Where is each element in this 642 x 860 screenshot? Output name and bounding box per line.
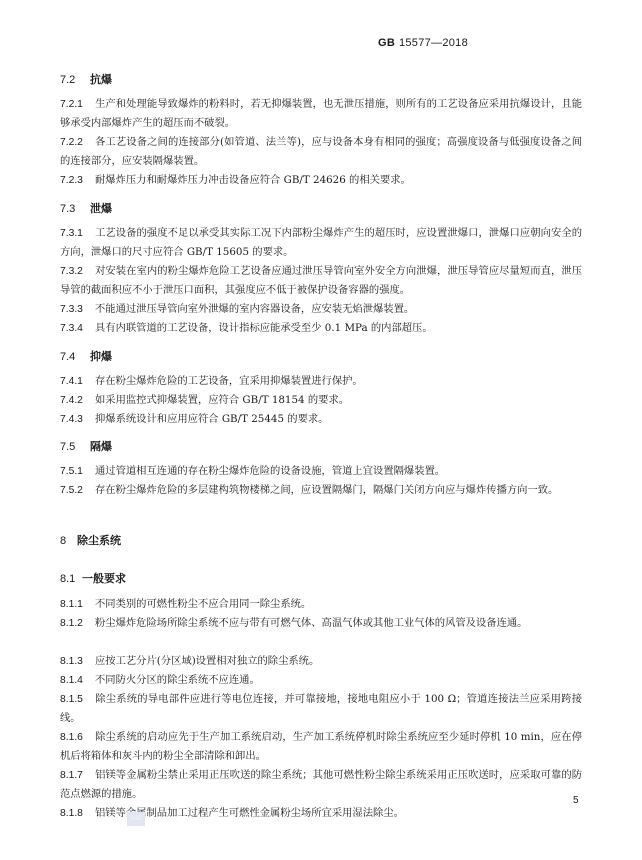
section-title: 除尘系统: [77, 534, 121, 547]
standard-prefix: GB: [378, 37, 395, 49]
clause-text: 粉尘爆炸危险场所除尘系统不应与带有可燃气体、高温气体或其他工业气体的风管及设备连…: [95, 617, 527, 629]
clause-7-5-2: 7.5.2存在粉尘爆炸危险的多层建构筑物楼梯之间，应设置隔爆门，隔爆门关闭方向应…: [60, 481, 582, 500]
clause-number: 8.1.6: [60, 728, 95, 747]
clause-text: 抑爆系统设计和应用应符合 GB/T 25445 的要求。: [95, 413, 328, 425]
standard-number: 15577—2018: [399, 37, 468, 49]
clause-8-1-1: 8.1.1不同类别的可燃性粉尘不应合用同一除尘系统。: [60, 595, 582, 614]
clause-text: 对安装在室内的粉尘爆炸危险工艺设备应通过泄压导管向室外安全方向泄爆，泄压导管应尽…: [60, 265, 582, 296]
section-number: 7.2: [60, 74, 90, 86]
section-number: 8: [60, 535, 77, 547]
clause-7-4-3: 7.4.3抑爆系统设计和应用应符合 GB/T 25445 的要求。: [60, 410, 582, 429]
clause-number: 7.3.2: [60, 262, 95, 281]
clause-7-2-3: 7.2.3耐爆炸压力和耐爆炸压力冲击设备应符合 GB/T 24626 的相关要求…: [60, 171, 582, 190]
clause-text: 不同防火分区的除尘系统不应连通。: [95, 674, 260, 686]
section-title: 抑爆: [90, 350, 112, 363]
section-title: 抗爆: [90, 73, 112, 86]
clause-number: 7.3.4: [60, 319, 95, 338]
clause-text: 耐爆炸压力和耐爆炸压力冲击设备应符合 GB/T 24626 的相关要求。: [95, 174, 411, 186]
clause-text: 应按工艺分片(分区域)设置相对独立的除尘系统。: [95, 655, 319, 667]
clause-number: 8.1.2: [60, 614, 95, 633]
clause-7-4-2: 7.4.2如采用监控式抑爆装置，应符合 GB/T 18154 的要求。: [60, 391, 582, 410]
clause-8-1-5: 8.1.5除尘系统的导电部件应进行等电位连接，并可靠接地，接地电阻应小于 100…: [60, 690, 582, 728]
section-heading-7-5: 7.5隔爆: [60, 438, 112, 454]
clause-text: 工艺设备的强度不足以承受其实际工况下内部粉尘爆炸产生的超压时，应设置泄爆口，泄爆…: [60, 227, 582, 258]
clause-number: 8.1.8: [60, 804, 95, 823]
clause-7-3-4: 7.3.4具有内联管道的工艺设备，设计指标应能承受至少 0.1 MPa 的内部超…: [60, 319, 582, 338]
clause-8-1-3: 8.1.3应按工艺分片(分区域)设置相对独立的除尘系统。: [60, 652, 582, 671]
section-number: 8.1: [60, 573, 82, 585]
clause-text: 如采用监控式抑爆装置，应符合 GB/T 18154 的要求。: [95, 394, 349, 406]
clause-8-1-6: 8.1.6除尘系统的启动应先于生产加工系统启动，生产加工系统停机时除尘系统应至少…: [60, 728, 582, 766]
clause-number: 8.1.1: [60, 595, 95, 614]
clause-text: 除尘系统的启动应先于生产加工系统启动，生产加工系统停机时除尘系统应至少延时停机 …: [60, 731, 582, 762]
clause-text: 存在粉尘爆炸危险的工艺设备，宜采用抑爆装置进行保护。: [95, 375, 363, 387]
clause-number: 8.1.5: [60, 690, 95, 709]
section-title: 一般要求: [82, 572, 126, 585]
clause-number: 7.5.2: [60, 481, 95, 500]
clause-text: 铝镁等金属粉尘禁止采用正压吹送的除尘系统；其他可燃性粉尘除尘系统采用正压吹送时，…: [60, 769, 582, 800]
clause-7-3-2: 7.3.2对安装在室内的粉尘爆炸危险工艺设备应通过泄压导管向室外安全方向泄爆，泄…: [60, 262, 582, 300]
clause-number: 7.4.3: [60, 410, 95, 429]
clause-number: 7.2.1: [60, 95, 95, 114]
clause-7-3-3: 7.3.3不能通过泄压导管向室外泄爆的室内容器设备，应安装无焰泄爆装置。: [60, 300, 582, 319]
clause-8-1-7: 8.1.7铝镁等金属粉尘禁止采用正压吹送的除尘系统；其他可燃性粉尘除尘系统采用正…: [60, 766, 582, 804]
clause-text: 各工艺设备之间的连接部分(如管道、法兰等)，应与设备本身有相同的强度；高强度设备…: [60, 136, 582, 167]
clause-number: 7.2.3: [60, 171, 95, 190]
section-number: 7.5: [60, 441, 90, 453]
clause-8-1-4: 8.1.4不同防火分区的除尘系统不应连通。: [60, 671, 582, 690]
clause-number: 7.3.3: [60, 300, 95, 319]
clause-7-2-1: 7.2.1生产和处理能导致爆炸的粉料时，若无抑爆装置，也无泄压措施，则所有的工艺…: [60, 95, 582, 133]
page-number: 5: [573, 795, 579, 806]
section-title: 泄爆: [90, 202, 112, 215]
clause-number: 7.4.2: [60, 391, 95, 410]
section-heading-7-4: 7.4抑爆: [60, 348, 112, 364]
clause-number: 7.5.1: [60, 462, 95, 481]
clause-7-2-2: 7.2.2各工艺设备之间的连接部分(如管道、法兰等)，应与设备本身有相同的强度；…: [60, 133, 582, 171]
clause-8-1-2: 8.1.2粉尘爆炸危险场所除尘系统不应与带有可燃气体、高温气体或其他工业气体的风…: [60, 614, 582, 633]
clause-number: 8.1.3: [60, 652, 95, 671]
sac-logo-icon: SAC: [127, 812, 145, 826]
section-heading-7-3: 7.3泄爆: [60, 200, 112, 216]
clause-text: 除尘系统的导电部件应进行等电位连接，并可靠接地，接地电阻应小于 100 Ω；管道…: [60, 693, 582, 724]
page-header: GB 15577—2018: [378, 36, 468, 49]
clause-number: 8.1.7: [60, 766, 95, 785]
section-number: 7.3: [60, 203, 90, 215]
clause-number: 7.3.1: [60, 224, 95, 243]
clause-text: 不能通过泄压导管向室外泄爆的室内容器设备，应安装无焰泄爆装置。: [95, 303, 414, 315]
section-number: 7.4: [60, 351, 90, 363]
clause-text: 通过管道相互连通的存在粉尘爆炸危险的设备设施，管道上宜设置隔爆装置。: [95, 465, 445, 477]
section-heading-7-2: 7.2抗爆: [60, 71, 112, 87]
section-title: 隔爆: [90, 440, 112, 453]
clause-number: 7.4.1: [60, 372, 95, 391]
clause-text: 生产和处理能导致爆炸的粉料时，若无抑爆装置，也无泄压措施，则所有的工艺设备应采用…: [60, 98, 582, 129]
clause-7-5-1: 7.5.1通过管道相互连通的存在粉尘爆炸危险的设备设施，管道上宜设置隔爆装置。: [60, 462, 582, 481]
clause-number: 7.2.2: [60, 133, 95, 152]
clause-7-3-1: 7.3.1工艺设备的强度不足以承受其实际工况下内部粉尘爆炸产生的超压时，应设置泄…: [60, 224, 582, 262]
section-heading-8-1: 8.1一般要求: [60, 570, 126, 586]
clause-text: 具有内联管道的工艺设备，设计指标应能承受至少 0.1 MPa 的内部超压。: [95, 322, 433, 334]
clause-text: 不同类别的可燃性粉尘不应合用同一除尘系统。: [95, 598, 311, 610]
chapter-heading-8: 8除尘系统: [60, 532, 121, 548]
clause-7-4-1: 7.4.1存在粉尘爆炸危险的工艺设备，宜采用抑爆装置进行保护。: [60, 372, 582, 391]
clause-number: 8.1.4: [60, 671, 95, 690]
clause-text: 存在粉尘爆炸危险的多层建构筑物楼梯之间，应设置隔爆门，隔爆门关闭方向应与爆炸传播…: [95, 484, 558, 496]
